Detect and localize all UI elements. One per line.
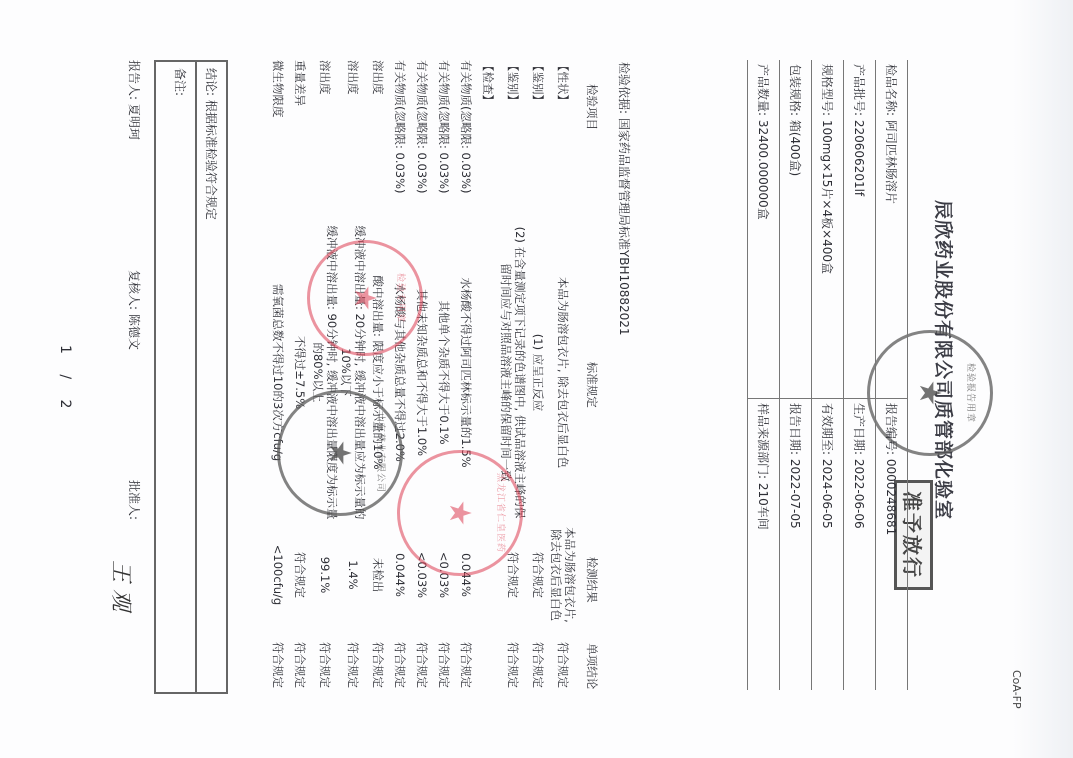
result-row: 微生物限度需氧菌总数不得过10的3次方cfu/g<100cfu/g符合规定 [267, 60, 289, 700]
result-row: 重量差异不得过±7.5%符合规定符合规定 [289, 60, 311, 700]
result-row: 溶出度酸中溶出量: 限度应小于标示量的10%未检出符合规定 [367, 60, 389, 700]
conclusion-box: 结论: 根据标准检验符合规定 备注: [154, 60, 228, 694]
test-item: 有关物质(忽略限: 0.03%) [392, 60, 408, 225]
standard-spec: 水杨酸不得过阿司匹林标示量的1.5% [459, 225, 473, 520]
test-result: 本品为肠溶包衣片, 除去包衣后显白色 [549, 520, 577, 630]
test-result: 符合规定 [506, 520, 520, 630]
specification: 100mg×15片×4板×400盒 [820, 120, 834, 274]
product-info-table: 检品名称: 阿司匹林肠溶片 报告编号: 0000248681 产品批号: 220… [747, 60, 908, 690]
test-result: 0.044% [393, 520, 407, 630]
standard-spec: 水杨酸与其他杂质总量不得过2.0% [393, 225, 407, 520]
result-row: 有关物质(忽略限: 0.03%)其他未知杂质总和不得大于1.0%<0.03%符合… [411, 60, 433, 700]
item-conclusion: 符合规定 [370, 630, 386, 700]
results-header-row: 检验项目 标准规定 检测结果 单项结论 [581, 60, 603, 700]
test-item: 【性状】 [555, 60, 571, 225]
result-row: 溶出度缓冲液中溶出量: 20分钟时, 缓冲液中溶出量应为标示量的10%以下1.4… [339, 60, 367, 700]
test-item: 【鉴别】 [505, 60, 521, 225]
reviewer: 复核人: 陈德文 [126, 270, 143, 480]
col-result-header: 检测结果 [585, 527, 599, 633]
production-date: 2022-06-06 [852, 459, 866, 529]
result-row: 有关物质(忽略限: 0.03%)其他单个杂质不得大于0.1%<0.03%符合规定 [433, 60, 455, 700]
remark: 备注: [166, 62, 195, 692]
product-name: 阿司匹林肠溶片 [884, 120, 898, 204]
test-item: 微生物限度 [270, 60, 286, 225]
info-row: 检品名称: 阿司匹林肠溶片 报告编号: 0000248681 [876, 60, 908, 690]
result-row: 【检查】 [477, 60, 499, 700]
batch-number: 220606201lf [852, 120, 866, 196]
reporter: 报告人: 夏明珂 [126, 60, 143, 270]
test-item: 【检查】 [480, 60, 496, 225]
standard-spec: 其他单个杂质不得大于0.1% [437, 225, 451, 520]
item-conclusion: 符合规定 [292, 630, 308, 700]
sample-source: 210车间 [756, 483, 770, 530]
result-row: 【鉴别】(1) 应呈正反应符合规定符合规定 [527, 60, 549, 700]
result-row: 【鉴别】(2) 在含量测定项下记录的色谱图中, 供试品溶液主峰的保留时间应与对照… [499, 60, 527, 700]
test-results-table: 检验项目 标准规定 检测结果 单项结论 【性状】本品为肠溶包衣片, 除去包衣后显… [267, 60, 603, 700]
test-item: 有关物质(忽略限: 0.03%) [436, 60, 452, 225]
test-item: 溶出度 [317, 60, 333, 225]
item-conclusion: 符合规定 [414, 630, 430, 700]
scan-shading [1013, 0, 1073, 758]
col-item-header: 检验项目 [584, 60, 600, 243]
test-result: 符合规定 [293, 520, 307, 630]
quantity: 32400.000000盒 [756, 120, 770, 220]
item-conclusion: 符合规定 [270, 630, 286, 700]
info-row: 包装规格: 箱(400盒) 报告日期: 2022-07-05 [780, 60, 812, 690]
report-date: 2022-07-05 [788, 459, 802, 529]
lab-title: 辰欣药业股份有限公司质管部化验室 [931, 200, 958, 700]
item-conclusion: 符合规定 [458, 630, 474, 700]
test-item: 重量差异 [292, 60, 308, 225]
document-code: CoA-FP [1010, 670, 1023, 709]
info-row: 规格型号: 100mg×15片×4板×400盒 有效期至: 2024-06-05 [812, 60, 844, 690]
packing: 箱(400盒) [788, 120, 802, 176]
test-result: 99.1% [318, 520, 332, 630]
info-row: 产品数量: 32400.000000盒 样品来源部门: 210车间 [748, 60, 780, 690]
test-result: 0.044% [459, 520, 473, 630]
standard-spec: 缓冲液中溶出量: 20分钟时, 缓冲液中溶出量应为标示量的10%以下 [339, 225, 367, 520]
test-item: 有关物质(忽略限: 0.03%) [458, 60, 474, 225]
result-row: 【性状】本品为肠溶包衣片, 除去包衣后显白色本品为肠溶包衣片, 除去包衣后显白色… [549, 60, 577, 700]
standard-spec: 其他未知杂质总和不得大于1.0% [415, 225, 429, 520]
item-conclusion: 符合规定 [505, 630, 521, 700]
info-row: 产品批号: 220606201lf 生产日期: 2022-06-06 [844, 60, 876, 690]
item-conclusion: 符合规定 [530, 630, 546, 700]
standard-spec: (1) 应呈正反应 [531, 225, 545, 520]
standard-spec: 酸中溶出量: 限度应小于标示量的10% [371, 225, 385, 520]
conclusion: 结论: 根据标准检验符合规定 [195, 62, 226, 692]
standard-spec: 缓冲液中溶出量: 90分钟时, 缓冲液中溶出量限度为标示量的80%以上 [311, 225, 339, 520]
test-result: 符合规定 [531, 520, 545, 630]
approver-signature: 王 观 [107, 560, 138, 611]
item-conclusion: 符合规定 [392, 630, 408, 700]
item-conclusion: 符合规定 [317, 630, 333, 700]
standard-spec: 不得过±7.5% [293, 225, 307, 520]
page-indicator: 1 / 2 [57, 345, 73, 416]
test-item: 溶出度 [370, 60, 386, 225]
col-standard-header: 标准规定 [585, 243, 599, 527]
test-result: 1.4% [346, 520, 360, 630]
test-result: <0.03% [415, 520, 429, 630]
standard-spec: 本品为肠溶包衣片, 除去包衣后显白色 [556, 225, 570, 520]
test-item: 溶出度 [345, 60, 361, 225]
item-conclusion: 符合规定 [436, 630, 452, 700]
item-conclusion: 符合规定 [345, 630, 361, 700]
test-result: 未检出 [371, 520, 385, 630]
test-basis: 检验依据: 国家药品监督管理局标准YBH10882021 [616, 62, 633, 336]
standard-spec: 需氧菌总数不得过10的3次方cfu/g [271, 225, 285, 520]
result-row: 有关物质(忽略限: 0.03%)水杨酸与其他杂质总量不得过2.0%0.044%符… [389, 60, 411, 700]
test-result: <0.03% [437, 520, 451, 630]
report-number: 0000248681 [884, 459, 898, 535]
standard-spec: (2) 在含量测定项下记录的色谱图中, 供试品溶液主峰的保留时间应与对照品溶液主… [499, 225, 527, 520]
result-row: 有关物质(忽略限: 0.03%)水杨酸不得过阿司匹林标示量的1.5%0.044%… [455, 60, 477, 700]
col-conclusion-header: 单项结论 [584, 633, 600, 700]
test-item: 【鉴别】 [530, 60, 546, 225]
test-result: <100cfu/g [271, 520, 285, 630]
expiry-date: 2024-06-05 [820, 459, 834, 529]
item-conclusion: 符合规定 [555, 630, 571, 700]
test-item: 有关物质(忽略限: 0.03%) [414, 60, 430, 225]
coa-document-page: CoA-FP 辰欣药业股份有限公司质管部化验室 准予放行 ★检验报告用章 检品名… [0, 0, 1073, 758]
result-row: 溶出度缓冲液中溶出量: 90分钟时, 缓冲液中溶出量限度为标示量的80%以上99… [311, 60, 339, 700]
